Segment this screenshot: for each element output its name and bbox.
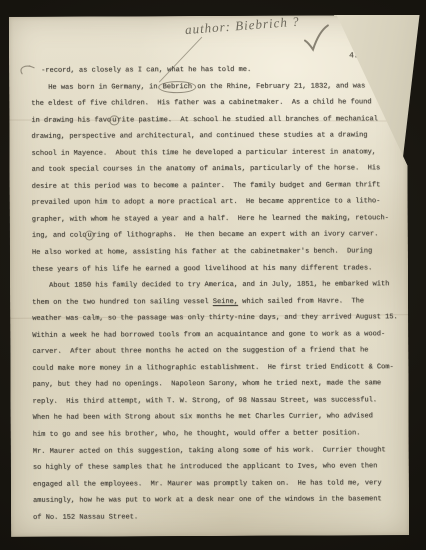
typed-line: weather was calm, so the passage was onl…	[32, 309, 398, 327]
typed-segment: so highly of these samples that he intro…	[33, 462, 378, 472]
typed-line: grapher, with whom he stayed a year and …	[32, 210, 398, 228]
typed-segment: When he had been with Strong about six m…	[33, 413, 373, 422]
typed-line: and took special courses in the anatomy …	[32, 160, 398, 178]
typed-segment: them on the two hundred ton sailing vess…	[32, 298, 213, 307]
typed-segment: desire at this period was to become a pa…	[32, 181, 381, 191]
typed-line: drawing, perspective and architectural, …	[31, 127, 397, 145]
typed-line: of No. 152 Nassau Street.	[33, 508, 399, 526]
handwritten-author-note: author: Biebrich ?	[184, 14, 300, 38]
typed-line: When he had been with Strong about six m…	[33, 409, 399, 427]
typed-segment: drawing, perspective and architectural, …	[31, 131, 367, 140]
typed-line: amusingly, how he was put to work at a d…	[33, 491, 399, 509]
typed-segment: amusingly, how he was put to work at a d…	[33, 495, 382, 505]
typed-line: in drawing his favourite pastime. At sch…	[31, 111, 397, 129]
typed-line: He was born in Germany, in Bebrich on th…	[31, 78, 397, 96]
typed-segment: weather was calm, so the passage was onl…	[32, 313, 398, 323]
typed-line: carver. After about three months he acte…	[32, 342, 398, 360]
typed-line: ing, and colouring of lithographs. He th…	[32, 227, 398, 245]
typed-line: pany, but they had no openings. Napoleon…	[32, 376, 398, 394]
typed-line: him to go and see his brother, who, he t…	[33, 425, 399, 443]
typed-line: could make more money in a lithographic …	[32, 359, 398, 377]
typed-segment: rite pastime. At school he studied all b…	[117, 115, 377, 124]
typed-segment: Within a week he had borrowed tools from…	[32, 330, 385, 340]
typed-line: Mr. Maurer acted on this suggestion, tak…	[33, 442, 399, 460]
typed-segment: He also worked at home, assisting his fa…	[32, 247, 372, 256]
typed-line: these years of his life he earned a good…	[32, 260, 398, 278]
typed-segment: -record, as closely as I can, what he ha…	[41, 66, 251, 75]
typed-segment: could make more money in a lithographic …	[32, 363, 393, 373]
typed-line: About 1850 his family decided to try Ame…	[32, 276, 398, 294]
typed-line: engaged all the employees. Mr. Maurer wa…	[33, 475, 399, 493]
typed-line: desire at this period was to become a pa…	[32, 177, 398, 195]
typed-line: -record, as closely as I can, what he ha…	[31, 61, 397, 79]
typed-segment: of No. 152 Nassau Street.	[33, 513, 138, 521]
typed-segment: engaged all the employees. Mr. Maurer wa…	[33, 479, 382, 489]
typed-segment: About 1850 his family decided to try Ame…	[49, 280, 389, 289]
typed-segment: grapher, with whom he stayed a year and …	[32, 214, 389, 224]
typed-segment: ring of lithographs. He then became an e…	[93, 231, 379, 240]
typed-line: so highly of these samples that he intro…	[33, 458, 399, 476]
typed-line: the eldest of five children. His father …	[31, 94, 397, 112]
typed-line: them on the two hundred ton sailing vess…	[32, 293, 398, 311]
typed-segment: prevailed upon him to adopt a more pract…	[32, 198, 381, 208]
typed-line: school in Mayence. About this time he de…	[31, 144, 397, 162]
typed-segment: Mr. Maurer acted on this suggestion, tak…	[33, 446, 386, 456]
typed-segment: which sailed from Havre. The	[238, 297, 364, 306]
typed-text: -record, as closely as I can, what he ha…	[31, 61, 398, 526]
typed-segment: on the Rhine, February 21, 1832, and was	[193, 82, 365, 91]
typed-segment: in drawing his favo	[31, 116, 111, 124]
typed-line: Within a week he had borrowed tools from…	[32, 326, 398, 344]
typed-line: prevailed upon him to adopt a more pract…	[32, 194, 398, 212]
typed-segment: He was born in Germany, in	[48, 83, 161, 91]
checkmark-icon	[301, 23, 331, 53]
typed-segment: carver. After about three months he acte…	[32, 347, 368, 356]
typed-line: He also worked at home, assisting his fa…	[32, 243, 398, 261]
typed-segment: school in Mayence. About this time he de…	[31, 148, 376, 158]
typed-segment: these years of his life he earned a good…	[32, 264, 372, 273]
typed-segment: the eldest of five children. His father …	[31, 98, 371, 107]
typed-segment: reply. His third attempt, with T. W. Str…	[33, 396, 378, 406]
pencil-circled-word: Bebrich	[159, 81, 196, 93]
typed-segment: pany, but they had no openings. Napoleon…	[32, 380, 381, 390]
typed-segment: him to go and see his brother, who, he t…	[33, 429, 361, 438]
typed-line: reply. His third attempt, with T. W. Str…	[33, 392, 399, 410]
ship-name-underlined: Seine,	[213, 298, 238, 306]
manuscript-page: author: Biebrich ? 47 -record, as closel…	[9, 15, 409, 537]
typed-segment: ing, and colo	[32, 232, 87, 240]
typed-segment: and took special courses in the anatomy …	[32, 165, 381, 175]
